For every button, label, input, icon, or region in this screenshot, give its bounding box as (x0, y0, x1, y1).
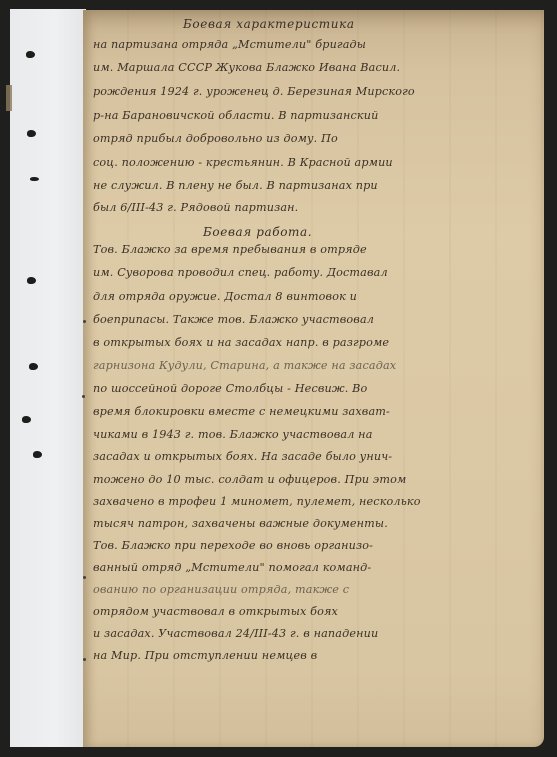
margin-mark (83, 658, 86, 661)
body-line: и засадах. Участвовал 24/III-43 г. в нап… (93, 628, 378, 639)
body-line: им. Суворова проводил спец. работу. Дост… (93, 267, 388, 278)
margin-mark (82, 395, 85, 398)
body-line: чиками в 1943 г. тов. Блажко участвовал … (93, 429, 373, 440)
body-line: в открытых боях и на засадах напр. в раз… (93, 337, 389, 348)
body-line: Тов. Блажко при переходе во вновь органи… (93, 540, 373, 551)
handwritten-document-page: Боевая характеристика на партизана отряд… (83, 10, 544, 747)
punch-hole-icon (27, 130, 36, 137)
intro-line: им. Маршала СССР Жукова Блажко Ивана Вас… (93, 62, 400, 73)
punch-hole-icon (22, 416, 31, 423)
body-line: время блокировки вместе с немецкими захв… (93, 406, 390, 417)
intro-line: на партизана отряда „Мстители" бригады (93, 39, 366, 50)
body-line: тожено до 10 тыс. солдат и офицеров. При… (93, 474, 406, 485)
margin-mark (83, 320, 86, 323)
margin-mark (83, 576, 86, 579)
punch-hole-icon (29, 363, 38, 370)
body-line: захвачено в трофеи 1 миномет, пулемет, н… (93, 496, 421, 507)
punch-hole-icon (33, 451, 42, 458)
tape-mark (6, 85, 12, 111)
punch-hole-icon (26, 51, 35, 58)
section-title: Боевая работа. (203, 226, 312, 238)
body-line: Тов. Блажко за время пребывания в отряде (93, 244, 367, 255)
body-line: засадах и открытых боях. На засаде было … (93, 451, 392, 462)
body-line: для отряда оружие. Достал 8 винтовок и (93, 291, 357, 302)
intro-line: не служил. В плену не был. В партизанах … (93, 180, 378, 191)
intro-line: соц. положению - крестьянин. В Красной а… (93, 157, 393, 168)
intro-line: был 6/III-43 г. Рядовой партизан. (93, 202, 298, 213)
punch-hole-icon (27, 277, 36, 284)
intro-line: р-на Барановичской области. В партизанск… (93, 110, 378, 121)
body-line: ованию по организации отряда, также с (93, 584, 349, 595)
body-line: боеприпасы. Также тов. Блажко участвовал (93, 314, 374, 325)
intro-line: рождения 1924 г. уроженец д. Березиная М… (93, 86, 415, 97)
punch-hole-icon (30, 177, 39, 181)
body-line: гарнизона Кудули, Старина, а также на за… (93, 360, 396, 371)
body-line: на Мир. При отступлении немцев в (93, 650, 317, 661)
body-line: тысяч патрон, захвачены важные документы… (93, 518, 388, 529)
backing-sheet (10, 9, 86, 747)
intro-line: отряд прибыл добровольно из дому. По (93, 133, 338, 144)
document-title: Боевая характеристика (183, 18, 355, 30)
body-line: ванный отряд „Мстители" помогал команд- (93, 562, 371, 573)
body-line: по шоссейной дороге Столбцы - Несвиж. Во (93, 383, 367, 394)
body-line: отрядом участвовал в открытых боях (93, 606, 338, 617)
scan-background: Боевая характеристика на партизана отряд… (0, 0, 557, 757)
